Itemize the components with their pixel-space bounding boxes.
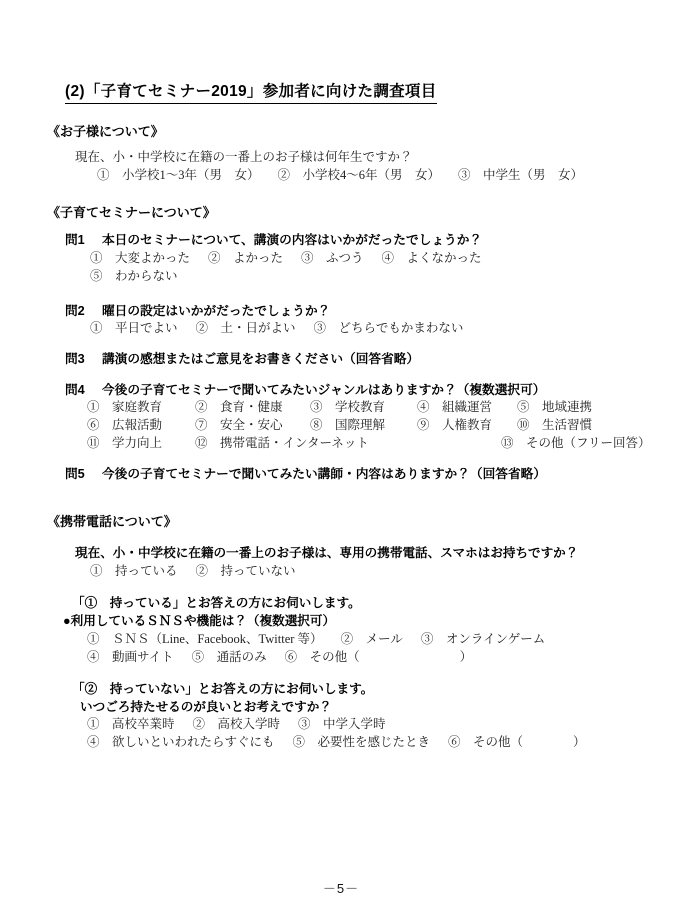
option-item: ① 小学校1～3年（男 女） — [97, 165, 260, 183]
question-4-options-row-1: ① 家庭教育② 食育・健康③ 学校教育④ 組織運営⑤ 地域連携 — [87, 397, 592, 415]
owners-options-row-1: ① ＳＮＳ（Line、Facebook、Twitter 等）② メール③ オンラ… — [87, 629, 563, 647]
option-item: ④ よくなかった — [382, 248, 482, 266]
option-item: ① 大変よかった — [90, 248, 190, 266]
option-item: ③ 中学生（男 女） — [458, 165, 583, 183]
section-heading-mobile: 《携帯電話について》 — [47, 511, 177, 530]
question-4-options-row-2: ⑥ 広報活動⑦ 安全・安心⑧ 国際理解⑨ 人権教育⑩ 生活習慣 — [87, 415, 592, 433]
option-item: ⑩ 生活習慣 — [517, 415, 592, 433]
option-item: ⑤ 必要性を感じたとき — [293, 732, 431, 750]
option-item: ④ 欲しいといわれたらすぐにも — [87, 732, 275, 750]
question-5-text: 今後の子育てセミナーで聞いてみたい講師・内容はありますか？（回答省略） — [102, 463, 546, 482]
question-4-label: 問4 — [65, 379, 102, 398]
owners-sns-prompt: ●利用しているＳＮＳや機能は？（複数選択可） — [63, 610, 335, 629]
question-2-options-row-1: ① 平日でよい② 土・日がよい③ どちらでもかまわない — [90, 318, 481, 336]
option-item: ⑧ 国際理解 — [310, 415, 417, 433]
question-1: 問1 本日のセミナーについて、講演の内容はいかがだったでしょうか？ — [65, 229, 482, 248]
option-item: ③ 学校教育 — [310, 397, 417, 415]
option-item: ③ オンラインゲーム — [421, 629, 545, 647]
mobile-ownership-options: ① 持っている② 持っていない — [90, 561, 314, 579]
option-item: ③ 中学入学時 — [298, 714, 386, 732]
question-3-text: 講演の感想またはご意見をお書きください（回答省略） — [102, 348, 419, 367]
option-item: ⑥ 広報活動 — [87, 415, 195, 433]
option-item: ① 高校卒業時 — [87, 714, 175, 732]
option-item: ⑦ 安全・安心 — [195, 415, 310, 433]
question-1-options-row-1: ① 大変よかった② よかった③ ふつう④ よくなかった — [90, 248, 500, 266]
page-number: －5－ — [0, 878, 682, 897]
option-item: ① 家庭教育 — [87, 397, 195, 415]
option-item: ⑤ わからない — [90, 266, 178, 284]
owners-options-row-2: ④ 動画サイト⑤ 通話のみ⑥ その他（ ） — [87, 647, 490, 665]
option-item: ⑥ その他（ ） — [285, 647, 473, 665]
option-item: ⑨ 人権教育 — [417, 415, 517, 433]
question-3: 問3 講演の感想またはご意見をお書きください（回答省略） — [65, 348, 419, 367]
children-grade-options: ① 小学校1～3年（男 女）② 小学校4～6年（男 女）③ 中学生（男 女） — [97, 165, 601, 183]
nonowners-options-row-2: ④ 欲しいといわれたらすぐにも⑤ 必要性を感じたとき⑥ その他（ ） — [87, 732, 604, 750]
page-title: (2)「子育てセミナー2019」参加者に向けた調査項目 — [65, 79, 437, 104]
nonowners-timing-prompt: いつごろ持たせるのが良いとお考えですか？ — [80, 696, 332, 715]
option-item: ① 平日でよい — [90, 318, 178, 336]
option-item: ④ 組織運営 — [417, 397, 517, 415]
section-heading-children: 《お子様について》 — [47, 121, 164, 140]
option-item: ⑪ 学力向上 — [87, 433, 195, 451]
option-item: ⑬ その他（フリー回答） — [501, 433, 651, 451]
option-item: ② 食育・健康 — [195, 397, 310, 415]
option-item: ④ 動画サイト — [87, 647, 174, 665]
option-item: ③ ふつう — [301, 248, 364, 266]
question-5: 問5 今後の子育てセミナーで聞いてみたい講師・内容はありますか？（回答省略） — [65, 463, 546, 482]
option-item: ③ どちらでもかまわない — [314, 318, 464, 336]
option-item: ① ＳＮＳ（Line、Facebook、Twitter 等） — [87, 629, 323, 647]
option-item: ② 高校入学時 — [193, 714, 281, 732]
question-2-text: 曜日の設定はいかがだったでしょうか？ — [102, 300, 330, 319]
owners-subsection-header: 「① 持っている」とお答えの方にお伺いします。 — [72, 592, 361, 611]
question-1-text: 本日のセミナーについて、講演の内容はいかがだったでしょうか？ — [102, 229, 482, 248]
nonowners-subsection-header: 「② 持っていない」とお答えの方にお伺いします。 — [72, 678, 373, 697]
option-item: ⑤ 地域連携 — [517, 397, 592, 415]
mobile-ownership-question: 現在、小・中学校に在籍の一番上のお子様は、専用の携帯電話、スマホはお持ちですか？ — [75, 542, 578, 561]
section-heading-seminar: 《子育てセミナーについて》 — [47, 202, 216, 221]
question-2-label: 問2 — [65, 300, 102, 319]
question-3-label: 問3 — [65, 348, 102, 367]
option-item: ② 持っていない — [196, 561, 296, 579]
question-4-options-row-3: ⑪ 学力向上⑫ 携帯電話・インターネット⑬ その他（フリー回答） — [87, 433, 651, 451]
children-grade-question: 現在、小・中学校に在籍の一番上のお子様は何年生ですか？ — [75, 147, 413, 165]
option-item: ⑥ その他（ ） — [448, 732, 586, 750]
option-item: ② よかった — [208, 248, 283, 266]
question-1-label: 問1 — [65, 229, 102, 248]
option-item: ② メール — [341, 629, 403, 647]
question-4: 問4 今後の子育てセミナーで聞いてみたいジャンルはありますか？（複数選択可） — [65, 379, 546, 398]
option-item: ⑤ 通話のみ — [192, 647, 267, 665]
document-page: (2)「子育てセミナー2019」参加者に向けた調査項目 《お子様について》 現在… — [0, 0, 682, 913]
option-item: ② 小学校4～6年（男 女） — [278, 165, 441, 183]
question-2: 問2 曜日の設定はいかがだったでしょうか？ — [65, 300, 330, 319]
question-1-options-row-2: ⑤ わからない — [90, 266, 196, 284]
option-item: ② 土・日がよい — [196, 318, 296, 336]
question-5-label: 問5 — [65, 463, 102, 482]
option-item: ⑫ 携帯電話・インターネット — [195, 433, 501, 451]
question-4-text: 今後の子育てセミナーで聞いてみたいジャンルはありますか？（複数選択可） — [102, 379, 546, 398]
nonowners-options-row-1: ① 高校卒業時② 高校入学時③ 中学入学時 — [87, 714, 404, 732]
option-item: ① 持っている — [90, 561, 178, 579]
